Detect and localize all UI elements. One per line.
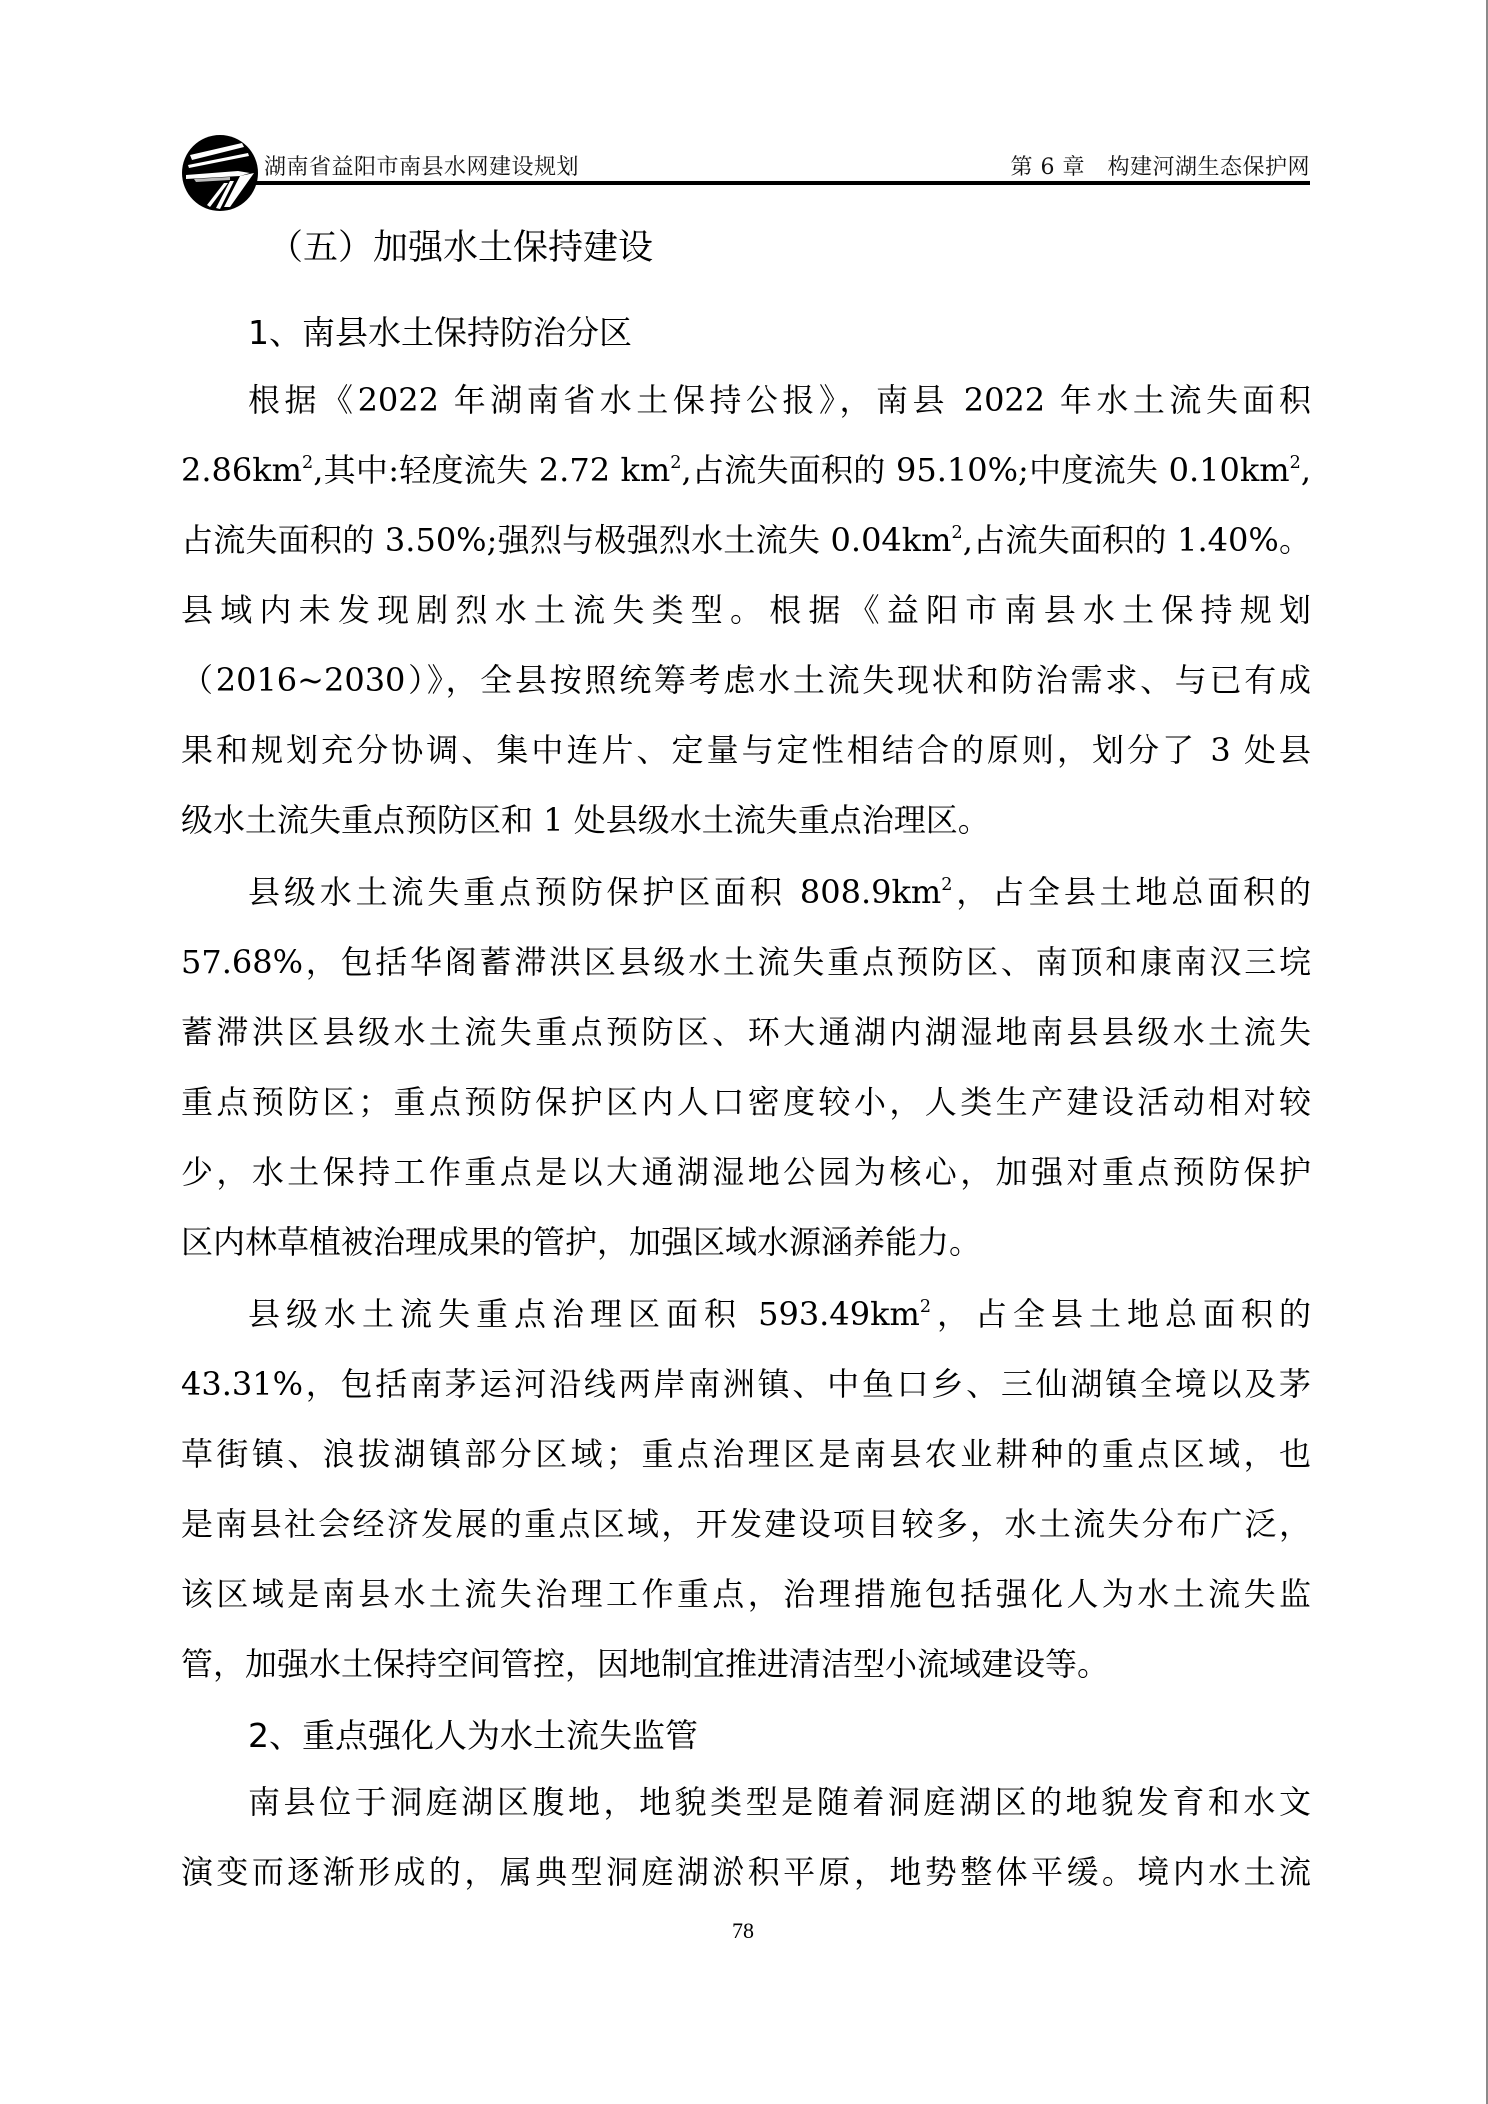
paragraph-line: 县级水土流失重点预防保护区面积 808.9km2，占全县土地总面积的	[248, 870, 1311, 914]
paragraph-line: 县级水土流失重点治理区面积 593.49km2，占全县土地总面积的	[248, 1292, 1311, 1336]
paragraph-line: 2.86km2,其中:轻度流失 2.72 km2,占流失面积的 95.10%;中…	[181, 448, 1311, 492]
subsection-heading-2: 2、重点强化人为水土流失监管	[248, 1710, 698, 1757]
paragraph-line: 重点预防区；重点预防保护区内人口密度较小，人类生产建设活动相对较	[181, 1080, 1311, 1124]
header-rule	[252, 181, 1310, 185]
page-number: 78	[732, 1918, 754, 1944]
paragraph-line: 蓄滞洪区县级水土流失重点预防区、环大通湖内湖湿地南县县级水土流失	[181, 1010, 1311, 1054]
subsection-heading-1: 1、南县水土保持防治分区	[248, 307, 632, 354]
paragraph-line: 南县位于洞庭湖区腹地，地貌类型是随着洞庭湖区的地貌发育和水文	[248, 1780, 1311, 1824]
paragraph-line: 级水土流失重点预防区和 1 处县级水土流失重点治理区。	[181, 798, 1311, 842]
paragraph-line: 该区域是南县水土流失治理工作重点，治理措施包括强化人为水土流失监	[181, 1572, 1311, 1616]
water-network-logo-icon	[180, 133, 260, 213]
document-page: 湖南省益阳市南县水网建设规划 第 6 章 构建河湖生态保护网 （五）加强水土保持…	[0, 0, 1488, 2104]
paragraph-line: 果和规划充分协调、集中连片、定量与定性相结合的原则，划分了 3 处县	[181, 728, 1311, 772]
header-document-title: 湖南省益阳市南县水网建设规划	[264, 150, 579, 181]
paragraph-line: （2016~2030）》，全县按照统筹考虑水土流失现状和防治需求、与已有成	[181, 658, 1311, 702]
section-heading: （五）加强水土保持建设	[268, 220, 653, 270]
header-chapter-title: 第 6 章 构建河湖生态保护网	[1011, 150, 1310, 181]
paragraph-line: 根据《2022 年湖南省水土保持公报》，南县 2022 年水土流失面积	[248, 378, 1311, 422]
paragraph-line: 草街镇、浪拔湖镇部分区域；重点治理区是南县农业耕种的重点区域，也	[181, 1432, 1311, 1476]
paragraph-line: 是南县社会经济发展的重点区域，开发建设项目较多，水土流失分布广泛，	[181, 1502, 1311, 1546]
paragraph-line: 57.68%，包括华阁蓄滞洪区县级水土流失重点预防区、南顶和康南汉三垸	[181, 940, 1311, 984]
paragraph-line: 管，加强水土保持空间管控，因地制宜推进清洁型小流域建设等。	[181, 1642, 1311, 1686]
paragraph-line: 县域内未发现剧烈水土流失类型。根据《益阳市南县水土保持规划	[181, 588, 1311, 632]
paragraph-line: 区内林草植被治理成果的管护，加强区域水源涵养能力。	[181, 1220, 1311, 1264]
paragraph-line: 43.31%，包括南茅运河沿线两岸南洲镇、中鱼口乡、三仙湖镇全境以及茅	[181, 1362, 1311, 1406]
paragraph-line: 少，水土保持工作重点是以大通湖湿地公园为核心，加强对重点预防保护	[181, 1150, 1311, 1194]
paragraph-line: 演变而逐渐形成的，属典型洞庭湖淤积平原，地势整体平缓。境内水土流	[181, 1850, 1311, 1894]
paragraph-line: 占流失面积的 3.50%;强烈与极强烈水土流失 0.04km2,占流失面积的 1…	[181, 518, 1311, 562]
